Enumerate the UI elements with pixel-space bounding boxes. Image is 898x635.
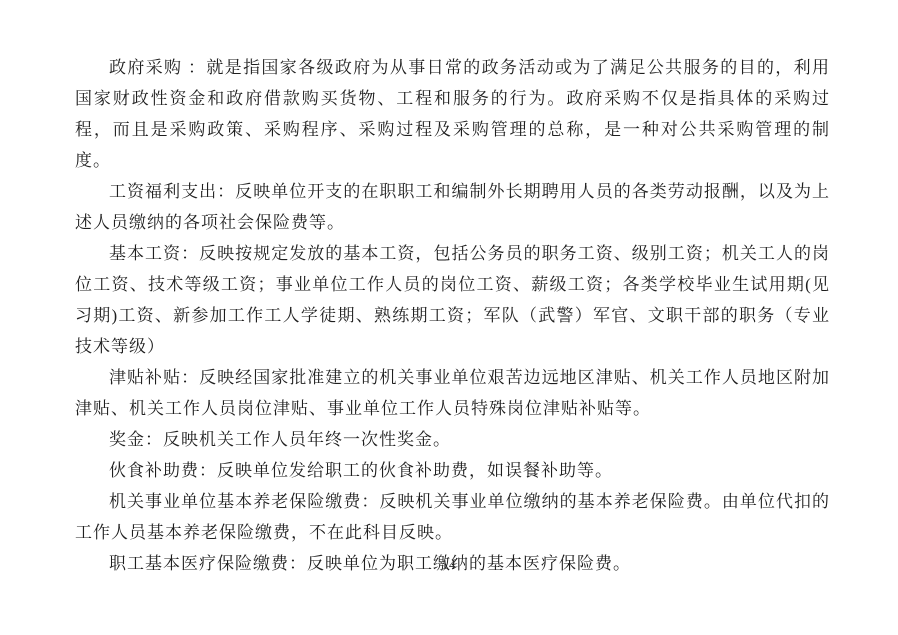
paragraph-wage-welfare-expenditure: 工资福利支出：反映单位开支的在职职工和编制外长期聘用人员的各类劳动报酬，以及为上… <box>75 176 830 238</box>
paragraph-allowances-subsidies: 津贴补贴：反映经国家批准建立的机关事业单位艰苦边远地区津贴、机关工作人员地区附加… <box>75 362 830 424</box>
paragraph-bonus: 奖金：反映机关工作人员年终一次性奖金。 <box>75 424 830 455</box>
document-page: 政府采购 ：就是指国家各级政府为从事日常的政务活动或为了满足公共服务的目的，利用… <box>0 0 898 635</box>
document-body: 政府采购 ：就是指国家各级政府为从事日常的政务活动或为了满足公共服务的目的，利用… <box>75 52 830 579</box>
paragraph-pension-insurance-contribution: 机关事业单位基本养老保险缴费：反映机关事业单位缴纳的基本养老保险费。由单位代扣的… <box>75 486 830 548</box>
paragraph-meal-allowance: 伙食补助费：反映单位发给职工的伙食补助费，如误餐补助等。 <box>75 455 830 486</box>
page-number: 14 <box>0 556 898 574</box>
paragraph-basic-salary: 基本工资：反映按规定发放的基本工资，包括公务员的职务工资、级别工资；机关工人的岗… <box>75 238 830 362</box>
paragraph-government-procurement: 政府采购 ：就是指国家各级政府为从事日常的政务活动或为了满足公共服务的目的，利用… <box>75 52 830 176</box>
